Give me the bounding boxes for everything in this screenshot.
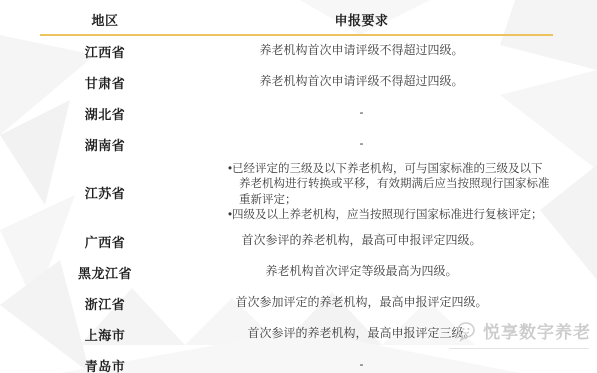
requirement-bullet: 四级及以上养老机构，应当按照现行国家标准进行复核评定；	[228, 208, 551, 224]
region-cell: 黑龙江省	[40, 263, 170, 282]
requirement-cell: -	[170, 355, 553, 373]
watermark: 悦享数字养老	[455, 318, 591, 343]
region-cell: 上海市	[40, 325, 170, 344]
watermark-text: 悦享数字养老	[483, 318, 591, 343]
requirement-cell: 首次参加评定的养老机构，最高申报评定四级。	[170, 293, 553, 313]
region-cell: 江西省	[40, 42, 170, 61]
requirement-bullet-list: 已经评定的三级及以下养老机构，可与国家标准的三级及以下养老机构进行转换或平移，有…	[228, 162, 551, 224]
region-cell: 湖南省	[40, 135, 170, 154]
table-row: 黑龙江省养老机构首次评定等级最高为四级。	[40, 257, 553, 288]
requirement-cell: 已经评定的三级及以下养老机构，可与国家标准的三级及以下养老机构进行转换或平移，有…	[170, 160, 553, 226]
region-cell: 广西省	[40, 232, 170, 251]
requirement-cell: -	[170, 103, 553, 123]
watermark-logo-icon	[455, 320, 479, 342]
requirement-cell: 养老机构首次申请评级不得超过四级。	[170, 41, 553, 61]
requirement-cell: 养老机构首次评定等级最高为四级。	[170, 262, 553, 282]
requirement-cell: -	[170, 134, 553, 154]
table-row: 广西省首次参评的养老机构，最高可申报评定四级。	[40, 226, 553, 257]
table-image: 地区 申报要求 江西省养老机构首次申请评级不得超过四级。甘肃省养老机构首次申请评…	[0, 0, 597, 373]
requirement-bullet: 已经评定的三级及以下养老机构，可与国家标准的三级及以下养老机构进行转换或平移，有…	[228, 162, 551, 209]
requirement-cell: 养老机构首次申请评级不得超过四级。	[170, 72, 553, 92]
region-cell: 甘肃省	[40, 73, 170, 92]
requirement-cell: 首次参评的养老机构，最高可申报评定四级。	[170, 231, 553, 251]
region-cell: 浙江省	[40, 294, 170, 313]
region-cell: 江苏省	[40, 183, 170, 202]
region-cell: 青岛市	[40, 356, 170, 373]
table-row: 江西省养老机构首次申请评级不得超过四级。	[40, 36, 553, 67]
table-row: 浙江省首次参加评定的养老机构，最高申报评定四级。	[40, 288, 553, 319]
region-cell: 湖北省	[40, 104, 170, 123]
table-row: 湖南省-	[40, 129, 553, 160]
column-header-region: 地区	[40, 10, 170, 29]
table-header-row: 地区 申报要求	[40, 6, 553, 32]
column-header-requirement: 申报要求	[170, 10, 553, 29]
table-row: 湖北省-	[40, 98, 553, 129]
table-row: 青岛市-	[40, 350, 553, 373]
watermark-underline	[449, 348, 589, 349]
table-row: 甘肃省养老机构首次申请评级不得超过四级。	[40, 67, 553, 98]
table-row: 江苏省已经评定的三级及以下养老机构，可与国家标准的三级及以下养老机构进行转换或平…	[40, 160, 553, 226]
